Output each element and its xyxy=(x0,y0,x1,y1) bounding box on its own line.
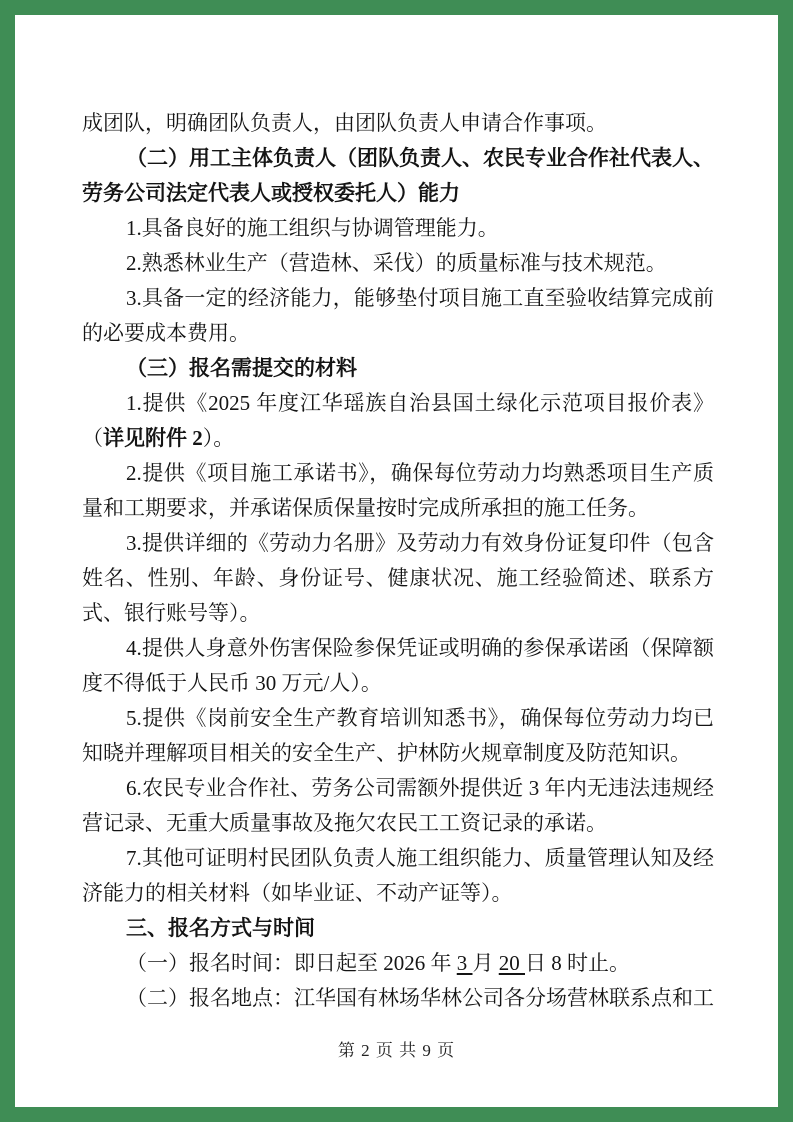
body-paragraph: 2.提供《项目施工承诺书》，确保每位劳动力均熟悉项目生产质量和工期要求，并承诺保… xyxy=(82,456,714,526)
page-footer: 第 2 页 共 9 页 xyxy=(0,1036,793,1061)
text-run: 5.提供《岗前安全生产教育培训知悉书》，确保每位劳动力均已知晓并理解项目相关的安… xyxy=(82,706,714,765)
section-heading: （三）报名需提交的材料 xyxy=(82,351,714,386)
body-paragraph: 成团队，明确团队负责人，由团队负责人申请合作事项。 xyxy=(82,106,714,141)
body-paragraph: 4.提供人身意外伤害保险参保凭证或明确的参保承诺函（保障额度不得低于人民币 30… xyxy=(82,631,714,701)
text-run: 成团队，明确团队负责人，由团队负责人申请合作事项。 xyxy=(82,111,607,135)
text-run: 日 8 时止。 xyxy=(525,951,630,975)
document-page: 成团队，明确团队负责人，由团队负责人申请合作事项。（二）用工主体负责人（团队负责… xyxy=(15,15,778,1107)
section-heading: （二）用工主体负责人（团队负责人、农民专业合作社代表人、劳务公司法定代表人或授权… xyxy=(82,141,714,211)
body-paragraph: （一）报名时间：即日起至 2026 年 3 月 20 日 8 时止。 xyxy=(82,946,714,981)
text-run: 3 xyxy=(457,951,473,975)
text-run: 20 xyxy=(499,951,525,975)
body-paragraph: 6.农民专业合作社、劳务公司需额外提供近 3 年内无违法违规经营记录、无重大质量… xyxy=(82,771,714,841)
text-run: 1.具备良好的施工组织与协调管理能力。 xyxy=(126,216,499,240)
text-run: （二）报名地点：江华国有林场华林公司各分场营林联系点和工 xyxy=(126,986,714,1010)
body-paragraph: 1.提供《2025 年度江华瑶族自治县国土绿化示范项目报价表》（详见附件 2）。 xyxy=(82,386,714,456)
document-body: 成团队，明确团队负责人，由团队负责人申请合作事项。（二）用工主体负责人（团队负责… xyxy=(82,106,714,1016)
body-paragraph: 3.提供详细的《劳动力名册》及劳动力有效身份证复印件（包含姓名、性别、年龄、身份… xyxy=(82,526,714,631)
body-paragraph: 1.具备良好的施工组织与协调管理能力。 xyxy=(82,211,714,246)
body-paragraph: 5.提供《岗前安全生产教育培训知悉书》，确保每位劳动力均已知晓并理解项目相关的安… xyxy=(82,701,714,771)
body-paragraph: 3.具备一定的经济能力，能够垫付项目施工直至验收结算完成前的必要成本费用。 xyxy=(82,281,714,351)
text-run: 4.提供人身意外伤害保险参保凭证或明确的参保承诺函（保障额度不得低于人民币 30… xyxy=(82,636,714,695)
body-paragraph: 2.熟悉林业生产（营造林、采伐）的质量标准与技术规范。 xyxy=(82,246,714,281)
text-run: 6.农民专业合作社、劳务公司需额外提供近 3 年内无违法违规经营记录、无重大质量… xyxy=(82,776,714,835)
text-run: 三、报名方式与时间 xyxy=(126,916,315,940)
text-run: 2.提供《项目施工承诺书》，确保每位劳动力均熟悉项目生产质量和工期要求，并承诺保… xyxy=(82,461,714,520)
section-heading: 三、报名方式与时间 xyxy=(82,911,714,946)
text-run: （三）报名需提交的材料 xyxy=(126,356,357,380)
text-run: 2.熟悉林业生产（营造林、采伐）的质量标准与技术规范。 xyxy=(126,251,667,275)
text-run: 详见附件 2 xyxy=(103,426,203,450)
text-run: （一）报名时间：即日起至 2026 年 xyxy=(126,951,457,975)
text-run: 3.具备一定的经济能力，能够垫付项目施工直至验收结算完成前的必要成本费用。 xyxy=(82,286,714,345)
text-run: 3.提供详细的《劳动力名册》及劳动力有效身份证复印件（包含姓名、性别、年龄、身份… xyxy=(82,531,714,625)
text-run: 月 xyxy=(473,951,499,975)
body-paragraph: 7.其他可证明村民团队负责人施工组织能力、质量管理认知及经济能力的相关材料（如毕… xyxy=(82,841,714,911)
text-run: ）。 xyxy=(203,426,235,450)
text-run: 7.其他可证明村民团队负责人施工组织能力、质量管理认知及经济能力的相关材料（如毕… xyxy=(82,846,714,905)
body-paragraph: （二）报名地点：江华国有林场华林公司各分场营林联系点和工 xyxy=(82,981,714,1016)
text-run: （二）用工主体负责人（团队负责人、农民专业合作社代表人、劳务公司法定代表人或授权… xyxy=(82,146,714,205)
